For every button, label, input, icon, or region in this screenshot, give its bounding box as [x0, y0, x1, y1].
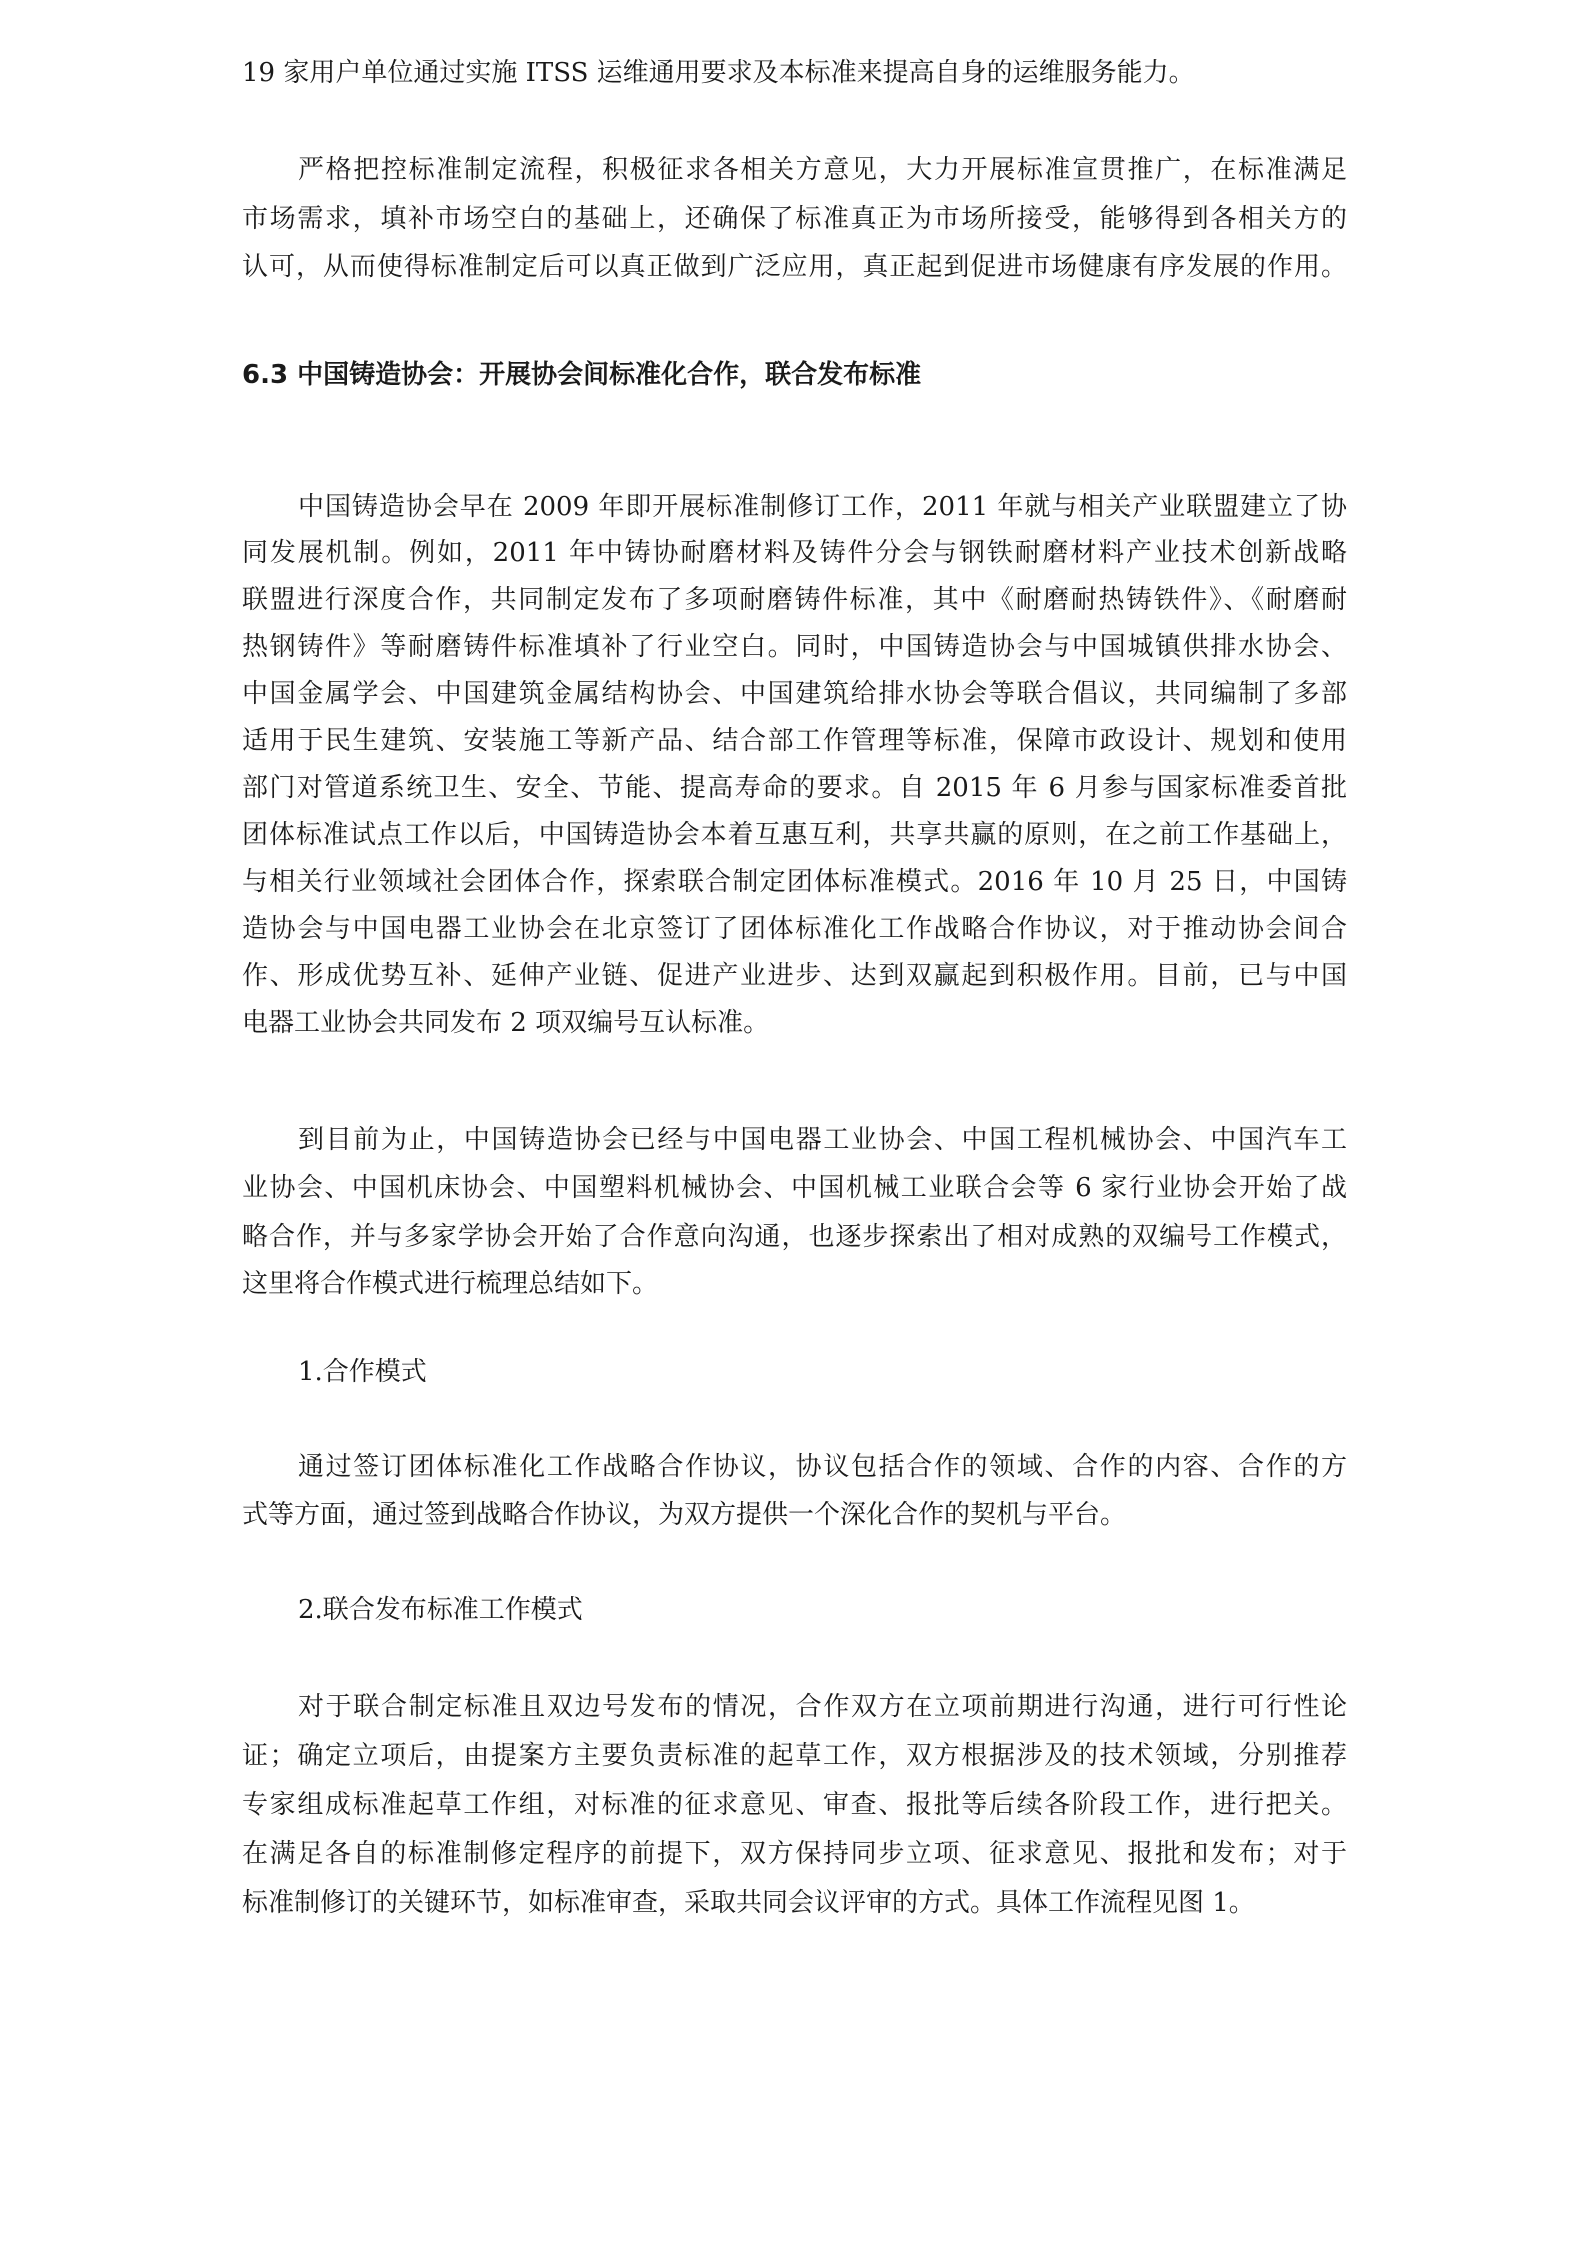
- text-line: 对于联合制定标准且双边号发布的情况，合作双方在立项前期进行沟通，进行可行性论: [298, 1687, 1347, 1727]
- text-line: 中国铸造协会早在 2009 年即开展标准制修订工作，2011 年就与相关产业联盟…: [298, 487, 1347, 527]
- text-line: 联盟进行深度合作，共同制定发布了多项耐磨铸件标准，其中《耐磨耐热铸铁件》、《耐磨…: [242, 580, 1347, 620]
- text-line: 部门对管道系统卫生、安全、节能、提高寿命的要求。自 2015 年 6 月参与国家…: [242, 768, 1347, 808]
- text-line: 到目前为止，中国铸造协会已经与中国电器工业协会、中国工程机械协会、中国汽车工: [298, 1120, 1347, 1160]
- text-line: 同发展机制。例如，2011 年中铸协耐磨材料及铸件分会与钢铁耐磨材料产业技术创新…: [242, 533, 1347, 573]
- text-line: 这里将合作模式进行梳理总结如下。: [242, 1264, 1347, 1304]
- text-line: 与相关行业领域社会团体合作，探索联合制定团体标准模式。2016 年 10 月 2…: [242, 862, 1347, 902]
- text-line: 专家组成标准起草工作组，对标准的征求意见、审查、报批等后续各阶段工作，进行把关。: [242, 1785, 1347, 1825]
- text-line: 市场需求，填补市场空白的基础上，还确保了标准真正为市场所接受，能够得到各相关方的: [242, 199, 1347, 239]
- text-line: 认可，从而使得标准制定后可以真正做到广泛应用，真正起到促进市场健康有序发展的作用…: [242, 247, 1347, 287]
- text-line: 通过签订团体标准化工作战略合作协议，协议包括合作的领域、合作的内容、合作的方: [298, 1447, 1347, 1487]
- text-line: 严格把控标准制定流程，积极征求各相关方意见，大力开展标准宣贯推广，在标准满足: [298, 150, 1347, 190]
- text-line: 1.合作模式: [298, 1352, 1347, 1392]
- text-line: 团体标准试点工作以后，中国铸造协会本着互惠互利，共享共赢的原则，在之前工作基础上…: [242, 815, 1347, 855]
- text-line: 证；确定立项后，由提案方主要负责标准的起草工作，双方根据涉及的技术领域，分别推荐: [242, 1736, 1347, 1776]
- text-line: 式等方面，通过签到战略合作协议，为双方提供一个深化合作的契机与平台。: [242, 1495, 1347, 1535]
- text-line: 热钢铸件》等耐磨铸件标准填补了行业空白。同时，中国铸造协会与中国城镇供排水协会、: [242, 627, 1347, 667]
- text-line: 电器工业协会共同发布 2 项双编号互认标准。: [242, 1003, 1347, 1043]
- text-line: 造协会与中国电器工业协会在北京签订了团体标准化工作战略合作协议，对于推动协会间合: [242, 909, 1347, 949]
- text-line: 作、形成优势互补、延伸产业链、促进产业进步、达到双赢起到积极作用。目前，已与中国: [242, 956, 1347, 996]
- text-line: 略合作，并与多家学协会开始了合作意向沟通，也逐步探索出了相对成熟的双编号工作模式…: [242, 1217, 1347, 1257]
- section-heading: 6.3 中国铸造协会：开展协会间标准化合作，联合发布标准: [242, 355, 921, 395]
- text-line: 在满足各自的标准制修定程序的前提下，双方保持同步立项、征求意见、报批和发布；对于: [242, 1834, 1347, 1874]
- text-line: 中国金属学会、中国建筑金属结构协会、中国建筑给排水协会等联合倡议，共同编制了多部: [242, 674, 1347, 714]
- text-line: 2.联合发布标准工作模式: [298, 1590, 1347, 1630]
- text-line: 适用于民生建筑、安装施工等新产品、结合部工作管理等标准，保障市政设计、规划和使用: [242, 721, 1347, 761]
- text-line: 标准制修订的关键环节，如标准审查，采取共同会议评审的方式。具体工作流程见图 1。: [242, 1883, 1347, 1923]
- document-page: 19 家用户单位通过实施 ITSS 运维通用要求及本标准来提高自身的运维服务能力…: [0, 0, 1587, 2245]
- text-line: 19 家用户单位通过实施 ITSS 运维通用要求及本标准来提高自身的运维服务能力…: [242, 53, 1347, 93]
- text-line: 业协会、中国机床协会、中国塑料机械协会、中国机械工业联合会等 6 家行业协会开始…: [242, 1168, 1347, 1208]
